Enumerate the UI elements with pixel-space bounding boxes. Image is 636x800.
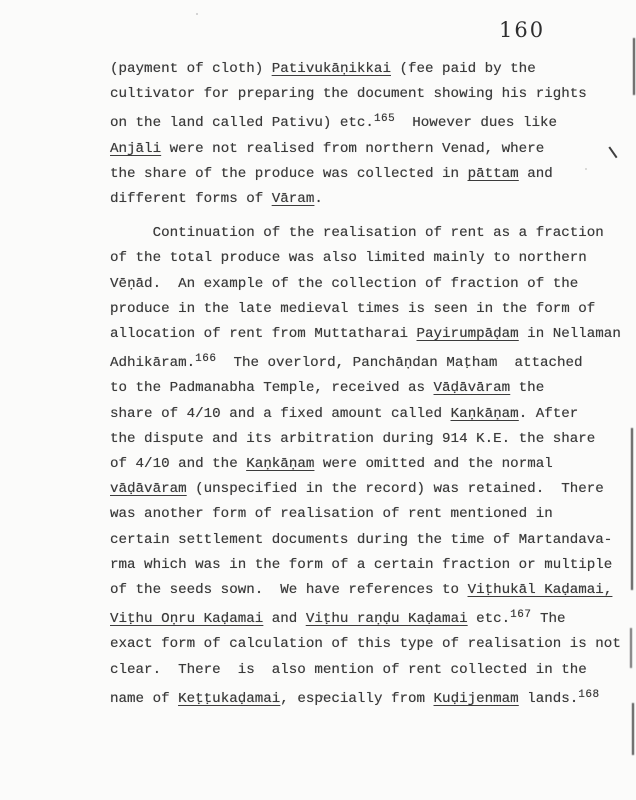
footnote-ref: 167 [510,609,531,621]
paragraph-1: (payment of cloth) Pativukāṇikkai (fee p… [110,57,630,212]
text-segment: Vēṇād. An example of the collection of f… [110,276,578,292]
underlined-term: Kuḍijenmam [434,691,519,707]
text-line: allocation of rent from Muttatharai Payi… [110,322,630,347]
scan-artifact-line [631,428,633,590]
text-segment: , especially from [280,691,433,707]
text-segment: the share of the produce was collected i… [110,166,468,182]
underlined-term: Viṭhu Oṇru Kaḍamai [110,611,263,627]
scan-artifact-line [633,38,635,95]
scan-artifact-line [632,703,634,755]
text-line: the share of the produce was collected i… [110,162,630,187]
underlined-term: Pativukāṇikkai [272,61,391,77]
underlined-term: Viṭhu raṇḍu Kaḍamai [306,611,468,627]
text-line: of 4/10 and the Kaṇkāṇam were omitted an… [110,452,630,477]
text-segment: and [263,611,306,627]
underlined-term: Keṭṭukaḍamai [178,691,280,707]
text-segment: (unspecified in the record) was retained… [187,481,604,497]
paragraph-2: Continuation of the realisation of rent … [110,221,630,712]
text-segment: clear. There is also mention of rent col… [110,662,587,678]
text-segment: (payment of cloth) [110,61,272,77]
underlined-term: Kaṇkāṇam [451,406,519,422]
text-line: of the seeds sown. We have references to… [110,578,630,603]
text-line: exact form of calculation of this type o… [110,632,630,657]
text-line: certain settlement documents during the … [110,528,630,553]
text-segment: However dues like [395,115,557,131]
text-segment: to the Padmanabha Temple, received as [110,380,434,396]
text-line: produce in the late medieval times is se… [110,297,630,322]
text-line: (payment of cloth) Pativukāṇikkai (fee p… [110,57,630,82]
underlined-term: Vāram [272,191,315,207]
text-segment: was another form of realisation of rent … [110,506,553,522]
text-line: name of Keṭṭukaḍamai, especially from Ku… [110,683,630,712]
text-segment: Continuation of the realisation of rent … [110,225,604,241]
text-segment: were not realised from northern Venad, w… [161,141,544,157]
text-line: share of 4/10 and a fixed amount called … [110,402,630,427]
text-line: Vēṇād. An example of the collection of f… [110,272,630,297]
text-segment: and [519,166,553,182]
page-number: 160 [499,18,545,42]
text-segment: Adhikāram. [110,355,195,371]
text-line: different forms of Vāram. [110,187,630,212]
text-line: Adhikāram.166 The overlord, Panchāṇdan M… [110,347,630,376]
text-segment: of the total produce was also limited ma… [110,250,587,266]
text-segment: . [314,191,323,207]
text-line: was another form of realisation of rent … [110,502,630,527]
text-line: Continuation of the realisation of rent … [110,221,630,246]
text-line: cultivator for preparing the document sh… [110,82,630,107]
footnote-ref: 168 [578,689,599,701]
text-segment: the [510,380,544,396]
text-segment: were omitted and the normal [314,456,552,472]
underlined-term: pāttam [468,166,519,182]
text-line: on the land called Pativu) etc.165 Howev… [110,107,630,136]
text-segment: the dispute and its arbitration during 9… [110,431,595,447]
text-segment: The [531,611,565,627]
underlined-term: Kaṇkāṇam [246,456,314,472]
text-line: of the total produce was also limited ma… [110,246,630,271]
text-segment: exact form of calculation of this type o… [110,636,621,652]
text-segment: different forms of [110,191,272,207]
text-segment: produce in the late medieval times is se… [110,301,595,317]
text-segment: rma which was in the form of a certain f… [110,557,612,573]
text-segment: certain settlement documents during the … [110,532,612,548]
text-line: vāḍāvāram (unspecified in the record) wa… [110,477,630,502]
text-segment: on the land called Pativu) etc. [110,115,374,131]
body-text-block: (payment of cloth) Pativukāṇikkai (fee p… [110,57,630,712]
text-line: the dispute and its arbitration during 9… [110,427,630,452]
text-line: Viṭhu Oṇru Kaḍamai and Viṭhu raṇḍu Kaḍam… [110,603,630,632]
scanned-document-page: 160 (payment of cloth) Pativukāṇikkai (f… [0,0,636,800]
underlined-term: Vāḍāvāram [434,380,511,396]
underlined-term: Payirumpāḍam [417,326,519,342]
underlined-term: vāḍāvāram [110,481,187,497]
text-segment: in Nellaman [519,326,621,342]
text-segment: allocation of rent from Muttatharai [110,326,417,342]
text-segment: . After [519,406,579,422]
text-line: to the Padmanabha Temple, received as Vā… [110,376,630,401]
footnote-ref: 166 [195,353,216,365]
text-line: Anjāli were not realised from northern V… [110,137,630,162]
text-segment: cultivator for preparing the document sh… [110,86,587,102]
underlined-term: Viṭhukāl Kaḍamai, [468,582,613,598]
text-segment: The overlord, Panchāṇdan Maṭham attached [216,355,582,371]
text-segment: etc. [468,611,511,627]
text-segment: of the seeds sown. We have references to [110,582,468,598]
text-segment: of 4/10 and the [110,456,246,472]
text-line: rma which was in the form of a certain f… [110,553,630,578]
text-segment: (fee paid by the [391,61,536,77]
scan-speck [320,695,323,698]
scan-speck [196,13,198,15]
text-segment: name of [110,691,178,707]
underlined-term: Anjāli [110,141,161,157]
text-segment: lands. [519,691,579,707]
scan-speck [585,168,587,170]
text-line: clear. There is also mention of rent col… [110,658,630,683]
footnote-ref: 165 [374,113,395,125]
scan-artifact-line [630,628,632,668]
text-segment: share of 4/10 and a fixed amount called [110,406,451,422]
